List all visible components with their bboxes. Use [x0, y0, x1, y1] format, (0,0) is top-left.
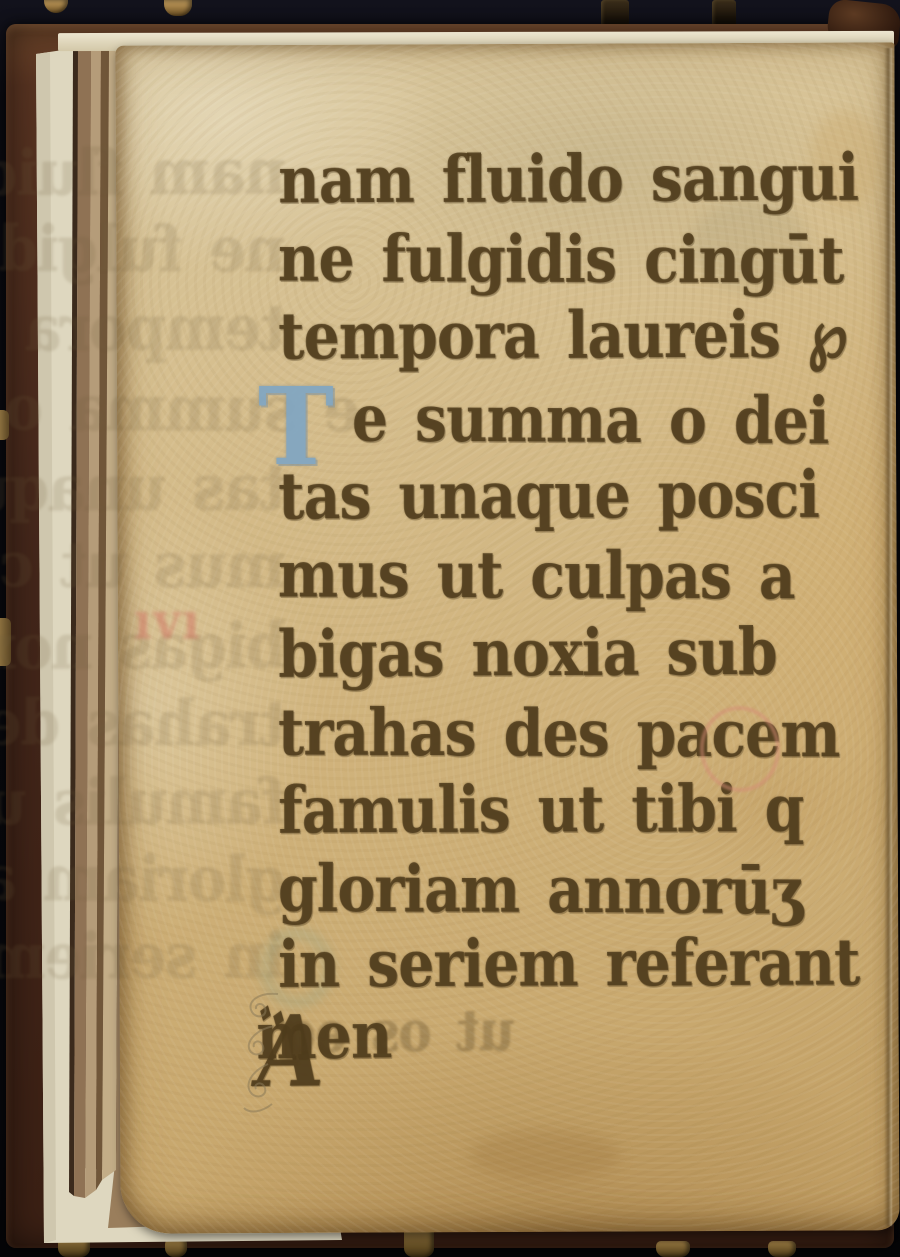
text-line: tempora laureis ℘ [278, 302, 846, 369]
ghost-text-line: in seriem referant [0, 924, 286, 989]
text-line: e summa o dei [352, 386, 829, 453]
ghost-text-line: tas unaque posci [0, 456, 286, 521]
text-line: mus ut culpas a [278, 542, 795, 609]
ghost-text-line: famulis ut tibi q [0, 770, 286, 835]
parchment-stain [470, 1130, 620, 1180]
ghost-text-line: ne fulgidis cingūt [0, 216, 286, 281]
pen-flourish [238, 986, 338, 1116]
text-line: nam fluido sangui [278, 145, 858, 213]
ghost-text-line: tempora laureis ℘ [0, 296, 286, 361]
ghost-text-line: mus ut culpas a [0, 532, 286, 597]
illuminated-initial-T: T [258, 373, 334, 480]
ghost-text-line: trahas des pacem [0, 690, 286, 755]
page-gutter-fold [884, 48, 892, 1226]
red-margin-mark: ıvı [134, 591, 202, 650]
ghost-text-line: nam fluido sangui [0, 140, 286, 206]
text-line: tas unaque posci [278, 462, 819, 529]
text-line: ne fulgidis cingūt [278, 226, 844, 293]
ghost-text-line: gloriam annorūʒ [0, 845, 286, 910]
text-line: gloriam annorūʒ [278, 856, 802, 924]
text-line: bigas noxia sub [278, 619, 777, 687]
manuscript-photo: nam fluido sangui ne fulgidis cingūt tem… [0, 0, 900, 1257]
text-line: in seriem referant [278, 930, 859, 997]
